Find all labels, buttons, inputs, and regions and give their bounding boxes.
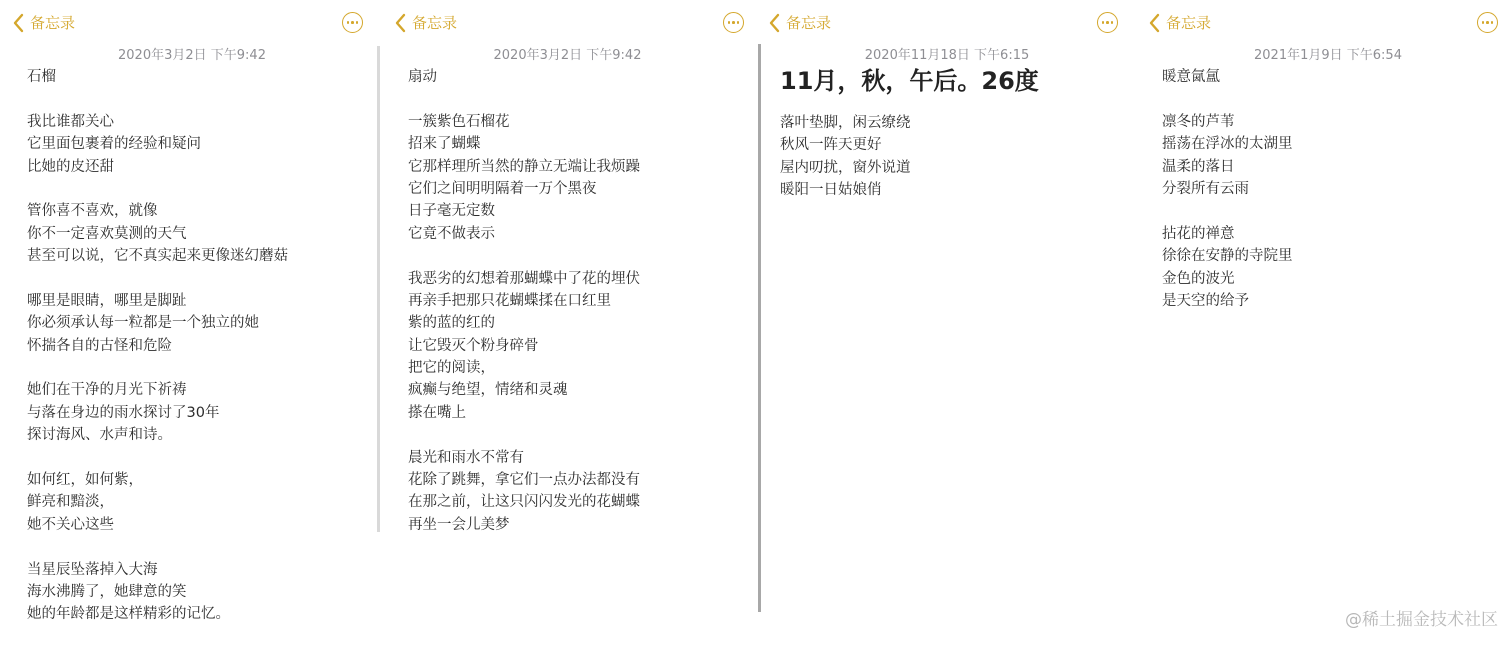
note-line: 甚至可以说，它不真实起来更像迷幻蘑菇 xyxy=(27,245,288,267)
back-label: 备忘录 xyxy=(412,12,457,33)
note-body[interactable]: 暖意氤氲 凛冬的芦苇摇荡在浮冰的太湖里温柔的落日分裂所有云雨拈花的禅意徐徐在安静… xyxy=(1162,66,1293,312)
note-line: 把它的阅读， xyxy=(408,357,640,379)
chevron-left-icon xyxy=(768,13,782,33)
note-line: 你必须承认每一粒都是一个独立的她 xyxy=(27,312,288,334)
note-panel-4: 备忘录 2021年1月9日 下午6:54 暖意氤氲 凛冬的芦苇摇荡在浮冰的太湖里… xyxy=(1142,0,1512,648)
note-line: 它竟不做表示 xyxy=(408,223,640,245)
note-line xyxy=(408,245,640,267)
notes-screenshot-collage: 备忘录 2020年3月2日 下午9:42 石榴 我比谁都关心它里面包裹着的经验和… xyxy=(0,0,1512,648)
note-line: 再亲手把那只花蝴蝶揉在口红里 xyxy=(408,290,640,312)
note-body[interactable]: 扇动 一簇紫色石榴花招来了蝴蝶它那样理所当然的静立无端让我烦躁它们之间明明隔着一… xyxy=(408,66,640,536)
note-line xyxy=(27,536,288,558)
note-line: 摇荡在浮冰的太湖里 xyxy=(1162,133,1293,155)
more-options-icon[interactable] xyxy=(1097,12,1118,33)
note-line: 搽在嘴上 xyxy=(408,402,640,424)
note-line: 怀揣各自的古怪和危险 xyxy=(27,335,288,357)
note-body[interactable]: 11月，秋，午后。26度 落叶垫脚，闲云缭绕秋风一阵天更好屋内叨扰，窗外说道暖阳… xyxy=(780,64,1039,202)
back-label: 备忘录 xyxy=(30,12,75,33)
watermark: @稀土掘金技术社区 xyxy=(1345,605,1498,630)
note-line: 温柔的落日 xyxy=(1162,156,1293,178)
nav-bar: 备忘录 xyxy=(380,8,758,38)
note-line: 她的年龄都是这样精彩的记忆。 xyxy=(27,603,288,625)
note-line: 花除了跳舞，拿它们一点办法都没有 xyxy=(408,469,640,491)
note-line: 鲜亮和黯淡， xyxy=(27,491,288,513)
note-title: 石榴 xyxy=(27,66,288,88)
note-date: 2021年1月9日 下午6:54 xyxy=(1142,44,1512,63)
back-button[interactable]: 备忘录 xyxy=(394,12,457,33)
note-line xyxy=(1162,88,1293,110)
nav-bar: 备忘录 xyxy=(1142,8,1512,38)
note-line: 秋风一阵天更好 xyxy=(780,134,1039,156)
nav-bar: 备忘录 xyxy=(762,8,1140,38)
more-options-icon[interactable] xyxy=(723,12,744,33)
note-line: 屋内叨扰，窗外说道 xyxy=(780,157,1039,179)
chevron-left-icon xyxy=(394,13,408,33)
note-line: 我恶劣的幻想着那蝴蝶中了花的埋伏 xyxy=(408,268,640,290)
note-line xyxy=(27,357,288,379)
back-button[interactable]: 备忘录 xyxy=(12,12,75,33)
note-line: 哪里是眼睛，哪里是脚趾 xyxy=(27,290,288,312)
note-line: 探讨海风、水声和诗。 xyxy=(27,424,288,446)
note-line: 日子毫无定数 xyxy=(408,200,640,222)
note-line: 落叶垫脚，闲云缭绕 xyxy=(780,112,1039,134)
note-line: 是天空的给予 xyxy=(1162,290,1293,312)
chevron-left-icon xyxy=(1148,13,1162,33)
note-line: 当星辰坠落掉入大海 xyxy=(27,559,288,581)
note-line: 如何红，如何紫， xyxy=(27,469,288,491)
note-line: 它那样理所当然的静立无端让我烦躁 xyxy=(408,156,640,178)
note-line: 凛冬的芦苇 xyxy=(1162,111,1293,133)
note-line: 徐徐在安静的寺院里 xyxy=(1162,245,1293,267)
note-title: 暖意氤氲 xyxy=(1162,66,1293,88)
note-line: 一簇紫色石榴花 xyxy=(408,111,640,133)
note-line xyxy=(27,88,288,110)
note-date: 2020年11月18日 下午6:15 xyxy=(762,44,1132,63)
note-date: 2020年3月2日 下午9:42 xyxy=(380,44,755,63)
note-line xyxy=(27,178,288,200)
note-line: 它里面包裹着的经验和疑问 xyxy=(27,133,288,155)
note-line: 晨光和雨水不常有 xyxy=(408,447,640,469)
more-options-icon[interactable] xyxy=(1477,12,1498,33)
note-line: 我比谁都关心 xyxy=(27,111,288,133)
note-line xyxy=(1162,200,1293,222)
back-button[interactable]: 备忘录 xyxy=(1148,12,1211,33)
note-line: 疯癫与绝望，情绪和灵魂 xyxy=(408,379,640,401)
note-body[interactable]: 石榴 我比谁都关心它里面包裹着的经验和疑问比她的皮还甜管你喜不喜欢，就像你不一定… xyxy=(27,66,288,626)
note-line: 你不一定喜欢莫测的天气 xyxy=(27,223,288,245)
note-line: 金色的波光 xyxy=(1162,268,1293,290)
note-line: 紫的蓝的红的 xyxy=(408,312,640,334)
back-button[interactable]: 备忘录 xyxy=(768,12,831,33)
note-line: 比她的皮还甜 xyxy=(27,156,288,178)
note-line: 拈花的禅意 xyxy=(1162,223,1293,245)
note-panel-3: 备忘录 2020年11月18日 下午6:15 11月，秋，午后。26度 落叶垫脚… xyxy=(762,0,1140,648)
chevron-left-icon xyxy=(12,13,26,33)
note-title: 11月，秋，午后。26度 xyxy=(780,64,1039,98)
note-line: 海水沸腾了，她肆意的笑 xyxy=(27,581,288,603)
note-line: 她们在干净的月光下祈祷 xyxy=(27,379,288,401)
note-line: 她不关心这些 xyxy=(27,514,288,536)
note-panel-1: 备忘录 2020年3月2日 下午9:42 石榴 我比谁都关心它里面包裹着的经验和… xyxy=(0,0,378,648)
nav-bar: 备忘录 xyxy=(0,8,378,38)
note-line: 暖阳一日姑娘俏 xyxy=(780,179,1039,201)
panel-divider xyxy=(758,44,761,612)
back-label: 备忘录 xyxy=(786,12,831,33)
note-panel-2: 备忘录 2020年3月2日 下午9:42 扇动 一簇紫色石榴花招来了蝴蝶它那样理… xyxy=(380,0,758,648)
note-line: 分裂所有云雨 xyxy=(1162,178,1293,200)
more-options-icon[interactable] xyxy=(342,12,363,33)
note-title: 扇动 xyxy=(408,66,640,88)
note-line xyxy=(27,447,288,469)
note-date: 2020年3月2日 下午9:42 xyxy=(0,44,384,63)
note-line: 与落在身边的雨水探讨了30年 xyxy=(27,402,288,424)
note-line xyxy=(408,88,640,110)
note-line: 管你喜不喜欢，就像 xyxy=(27,200,288,222)
note-line xyxy=(408,424,640,446)
note-line: 再坐一会儿美梦 xyxy=(408,514,640,536)
note-line: 招来了蝴蝶 xyxy=(408,133,640,155)
note-line: 它们之间明明隔着一万个黑夜 xyxy=(408,178,640,200)
note-line: 让它毁灭个粉身碎骨 xyxy=(408,335,640,357)
back-label: 备忘录 xyxy=(1166,12,1211,33)
note-line: 在那之前，让这只闪闪发光的花蝴蝶 xyxy=(408,491,640,513)
note-line xyxy=(27,268,288,290)
